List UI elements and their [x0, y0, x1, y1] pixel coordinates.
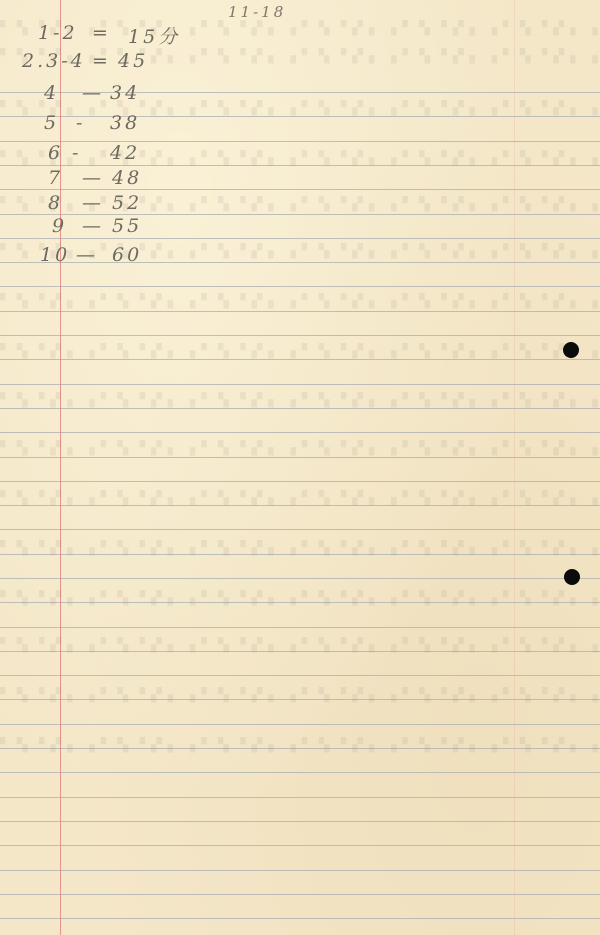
bleed-through-row: ▘▚▝▞▖▗▘▚▝▞▖▗▘▚▝▞▖▗▘▚▝▞▖▗▘▚▝▞▖▗▘▚▝▞▖▗	[0, 392, 600, 412]
entry-value: 38	[110, 112, 140, 134]
rule-line	[0, 238, 600, 239]
punch-hole-icon	[564, 569, 580, 585]
bleed-through-row: ▘▚▝▞▖▗▘▚▝▞▖▗▘▚▝▞▖▗▘▚▝▞▖▗▘▚▝▞▖▗▘▚▝▞▖▗	[0, 20, 600, 40]
rule-line	[0, 724, 600, 725]
entry-value: 34	[110, 82, 140, 104]
entry-label: 4	[44, 82, 84, 104]
red-margin-line	[60, 0, 61, 935]
bleed-through-row: ▘▚▝▞▖▗▘▚▝▞▖▗▘▚▝▞▖▗▘▚▝▞▖▗▘▚▝▞▖▗▘▚▝▞▖▗	[0, 48, 600, 68]
bleed-through-row: ▘▚▝▞▖▗▘▚▝▞▖▗▘▚▝▞▖▗▘▚▝▞▖▗▘▚▝▞▖▗▘▚▝▞▖▗	[0, 490, 600, 510]
rule-line	[0, 481, 600, 482]
entry-separator: —	[76, 244, 106, 266]
rule-line	[0, 821, 600, 822]
entry-label: 1-2	[38, 22, 78, 44]
entry-separator: -	[76, 112, 106, 134]
punch-hole-icon	[563, 342, 579, 358]
entry-separator: =	[92, 22, 122, 44]
rule-line	[0, 918, 600, 919]
rule-line	[0, 894, 600, 895]
rule-line	[0, 189, 600, 190]
bleed-through-row: ▘▚▝▞▖▗▘▚▝▞▖▗▘▚▝▞▖▗▘▚▝▞▖▗▘▚▝▞▖▗▘▚▝▞▖▗	[0, 540, 600, 560]
bleed-through-row: ▘▚▝▞▖▗▘▚▝▞▖▗▘▚▝▞▖▗▘▚▝▞▖▗▘▚▝▞▖▗▘▚▝▞▖▗	[0, 737, 600, 757]
entry-value: 48	[112, 167, 142, 189]
rule-line	[0, 578, 600, 579]
entry-value: 52	[112, 192, 142, 214]
date-mark: 11-18	[228, 3, 286, 21]
entry-value: 15分	[128, 22, 180, 49]
entry-separator: —	[82, 167, 112, 189]
rule-line	[0, 675, 600, 676]
entry-separator: —	[82, 215, 112, 237]
entry-value: 42	[110, 142, 140, 164]
entry-separator: —	[82, 82, 112, 104]
entry-separator: -	[72, 142, 102, 164]
rule-line	[0, 772, 600, 773]
bleed-through-row: ▘▚▝▞▖▗▘▚▝▞▖▗▘▚▝▞▖▗▘▚▝▞▖▗▘▚▝▞▖▗▘▚▝▞▖▗	[0, 343, 600, 363]
ruled-paper-page: ▘▚▝▞▖▗▘▚▝▞▖▗▘▚▝▞▖▗▘▚▝▞▖▗▘▚▝▞▖▗▘▚▝▞▖▗▘▚▝▞…	[0, 0, 600, 935]
entry-label: 2.3-4	[22, 50, 62, 72]
bleed-through-row: ▘▚▝▞▖▗▘▚▝▞▖▗▘▚▝▞▖▗▘▚▝▞▖▗▘▚▝▞▖▗▘▚▝▞▖▗	[0, 293, 600, 313]
rule-line	[0, 335, 600, 336]
rule-line	[0, 870, 600, 871]
rule-line	[0, 627, 600, 628]
bleed-through-row: ▘▚▝▞▖▗▘▚▝▞▖▗▘▚▝▞▖▗▘▚▝▞▖▗▘▚▝▞▖▗▘▚▝▞▖▗	[0, 637, 600, 657]
rule-line	[0, 432, 600, 433]
bleed-through-row: ▘▚▝▞▖▗▘▚▝▞▖▗▘▚▝▞▖▗▘▚▝▞▖▗▘▚▝▞▖▗▘▚▝▞▖▗	[0, 687, 600, 707]
bleed-through-row: ▘▚▝▞▖▗▘▚▝▞▖▗▘▚▝▞▖▗▘▚▝▞▖▗▘▚▝▞▖▗▘▚▝▞▖▗	[0, 590, 600, 610]
bleed-through-row: ▘▚▝▞▖▗▘▚▝▞▖▗▘▚▝▞▖▗▘▚▝▞▖▗▘▚▝▞▖▗▘▚▝▞▖▗	[0, 440, 600, 460]
ruled-lines	[0, 0, 600, 935]
rule-line	[0, 286, 600, 287]
entry-label: 10	[40, 244, 80, 266]
rule-line	[0, 845, 600, 846]
faint-right-margin-line	[514, 0, 515, 935]
entry-value: 60	[112, 244, 142, 266]
rule-line	[0, 384, 600, 385]
entry-value: 45	[118, 50, 148, 72]
entry-value: 55	[112, 215, 142, 237]
rule-line	[0, 529, 600, 530]
rule-line	[0, 797, 600, 798]
entry-separator: —	[82, 192, 112, 214]
